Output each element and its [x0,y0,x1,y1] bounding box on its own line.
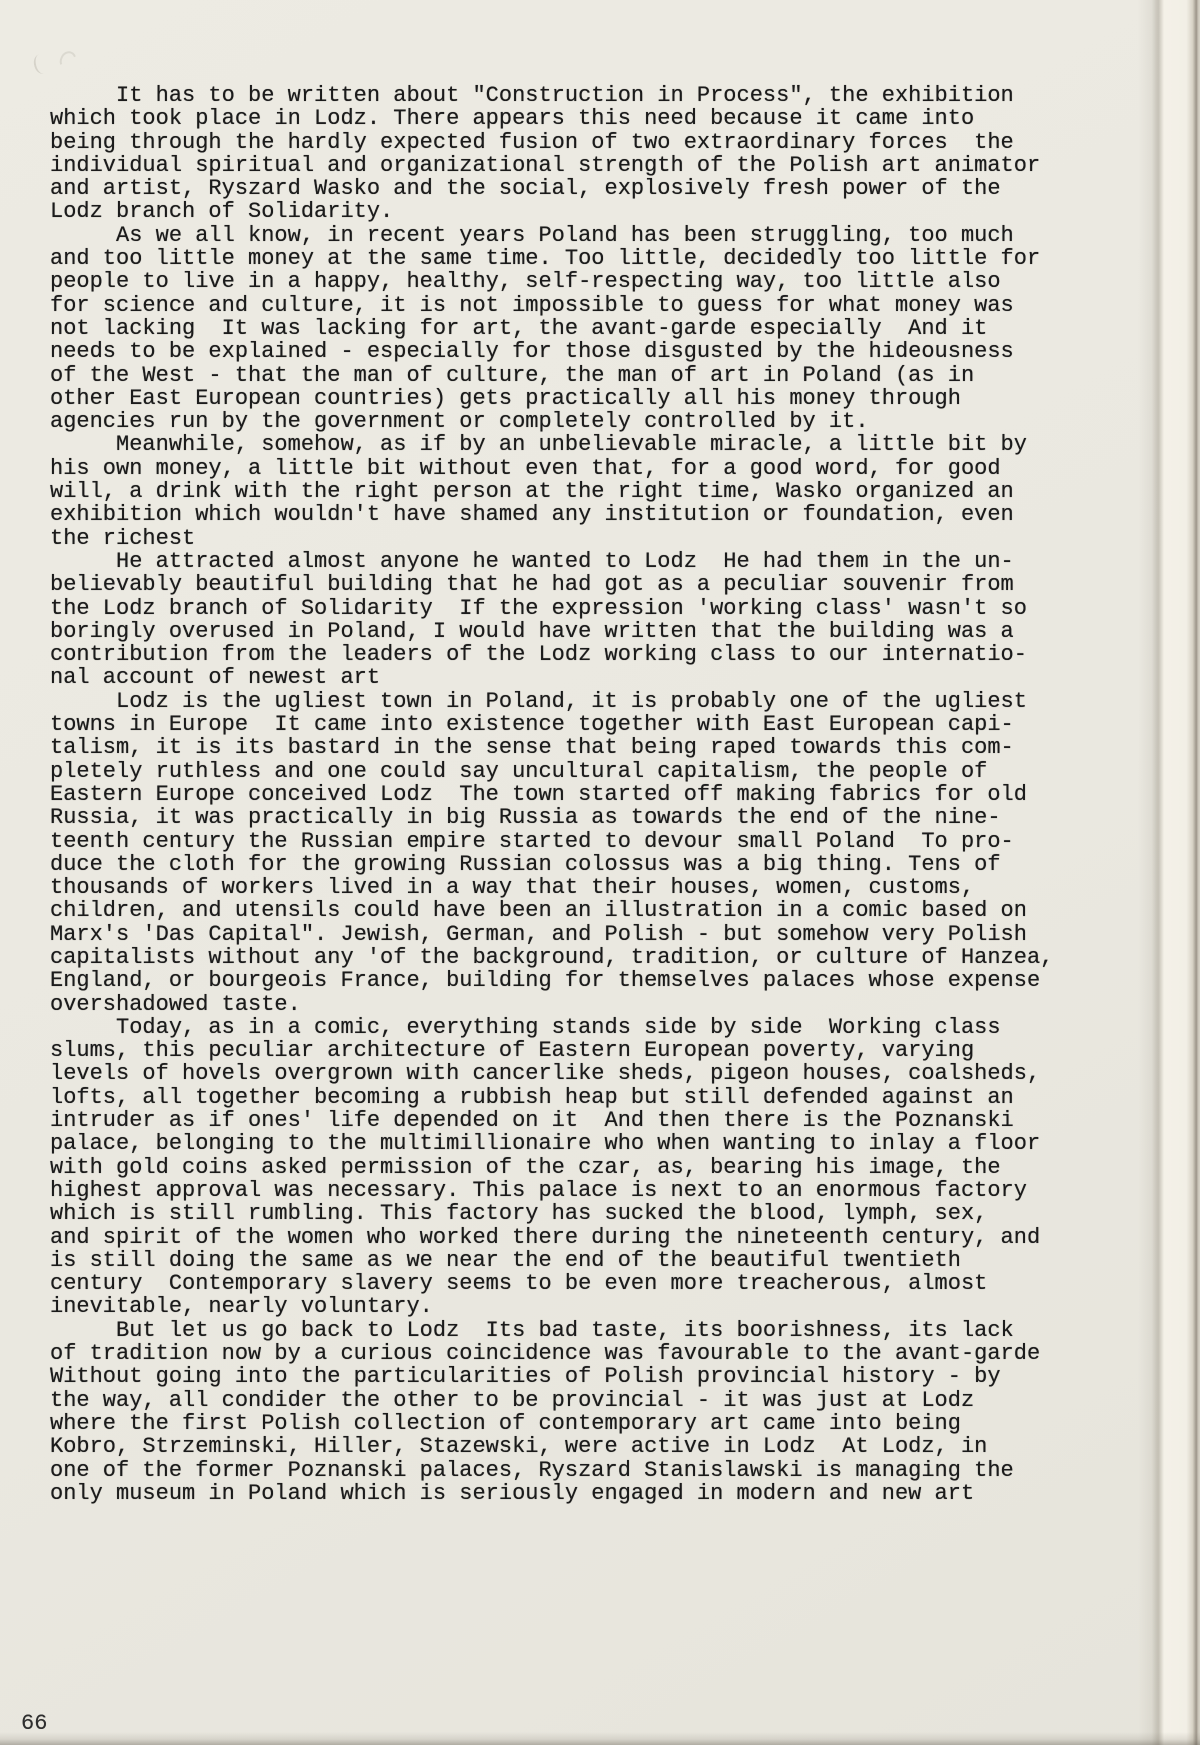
text-line: England, or bourgeois France, building f… [50,969,1160,992]
text-line: As we all know, in recent years Poland h… [50,224,1160,247]
text-line: believably beautiful building that he ha… [50,573,1160,596]
text-line: duce the cloth for the growing Russian c… [50,853,1160,876]
text-line: is still doing the same as we near the e… [50,1249,1160,1272]
text-line: pletely ruthless and one could say uncul… [50,760,1160,783]
text-line: which took place in Lodz. There appears … [50,107,1160,130]
text-line: and spirit of the women who worked there… [50,1226,1160,1249]
text-line: overshadowed taste. [50,993,1160,1016]
text-line: being through the hardly expected fusion… [50,131,1160,154]
text-line: boringly overused in Poland, I would hav… [50,620,1160,643]
text-line: with gold coins asked permission of the … [50,1156,1160,1179]
text-line: for science and culture, it is not impos… [50,294,1160,317]
text-line: But let us go back to Lodz Its bad taste… [50,1319,1160,1342]
text-line: contribution from the leaders of the Lod… [50,643,1160,666]
text-line: It has to be written about "Construction… [50,84,1160,107]
text-line: individual spiritual and organizational … [50,154,1160,177]
scanned-page: It has to be written about "Construction… [0,0,1200,1745]
text-line: his own money, a little bit without even… [50,457,1160,480]
text-line: of tradition now by a curious coincidenc… [50,1342,1160,1365]
text-line: Lodz branch of Solidarity. [50,200,1160,223]
text-line: thousands of workers lived in a way that… [50,876,1160,899]
text-line: the Lodz branch of Solidarity If the exp… [50,597,1160,620]
text-line: teenth century the Russian empire starte… [50,830,1160,853]
text-line: Today, as in a comic, everything stands … [50,1016,1160,1039]
faint-pencil-marks [24,46,94,84]
text-line: not lacking It was lacking for art, the … [50,317,1160,340]
text-line: only museum in Poland which is seriously… [50,1482,1160,1505]
text-line: Kobro, Strzeminski, Hiller, Stazewski, w… [50,1435,1160,1458]
text-line: Eastern Europe conceived Lodz The town s… [50,783,1160,806]
text-line: slums, this peculiar architecture of Eas… [50,1039,1160,1062]
text-line: exhibition which wouldn't have shamed an… [50,503,1160,526]
text-line: the way, all condider the other to be pr… [50,1389,1160,1412]
text-line: and artist, Ryszard Wasko and the social… [50,177,1160,200]
text-line: and too little money at the same time. T… [50,247,1160,270]
text-line: towns in Europe It came into existence t… [50,713,1160,736]
text-line: children, and utensils could have been a… [50,899,1160,922]
text-line: century Contemporary slavery seems to be… [50,1272,1160,1295]
text-line: lofts, all together becoming a rubbish h… [50,1086,1160,1109]
text-line: Meanwhile, somehow, as if by an unbeliev… [50,433,1160,456]
text-line: the richest [50,527,1160,550]
text-line: people to live in a happy, healthy, self… [50,270,1160,293]
typewritten-text: It has to be written about "Construction… [50,84,1160,1505]
text-line: He attracted almost anyone he wanted to … [50,550,1160,573]
text-line: other East European countries) gets prac… [50,387,1160,410]
text-line: intruder as if ones' life depended on it… [50,1109,1160,1132]
text-line: highest approval was necessary. This pal… [50,1179,1160,1202]
text-line: nal account of newest art [50,666,1160,689]
text-line: one of the former Poznanski palaces, Rys… [50,1459,1160,1482]
text-line: Without going into the particularities o… [50,1365,1160,1388]
text-line: palace, belonging to the multimillionair… [50,1132,1160,1155]
text-line: Marx's 'Das Capital". Jewish, German, an… [50,923,1160,946]
text-line: Lodz is the ugliest town in Poland, it i… [50,690,1160,713]
text-line: needs to be explained - especially for t… [50,340,1160,363]
text-line: levels of hovels overgrown with cancerli… [50,1062,1160,1085]
page-bottom-shadow [0,1732,1200,1745]
text-line: where the first Polish collection of con… [50,1412,1160,1435]
text-line: inevitable, nearly voluntary. [50,1295,1160,1318]
text-line: agencies run by the government or comple… [50,410,1160,433]
text-line: which is still rumbling. This factory ha… [50,1202,1160,1225]
text-line: will, a drink with the right person at t… [50,480,1160,503]
text-line: of the West - that the man of culture, t… [50,364,1160,387]
text-line: Russia, it was practically in big Russia… [50,806,1160,829]
text-line: capitalists without any 'of the backgrou… [50,946,1160,969]
text-line: talism, it is its bastard in the sense t… [50,736,1160,759]
page-edge-shadow [1138,0,1200,1745]
